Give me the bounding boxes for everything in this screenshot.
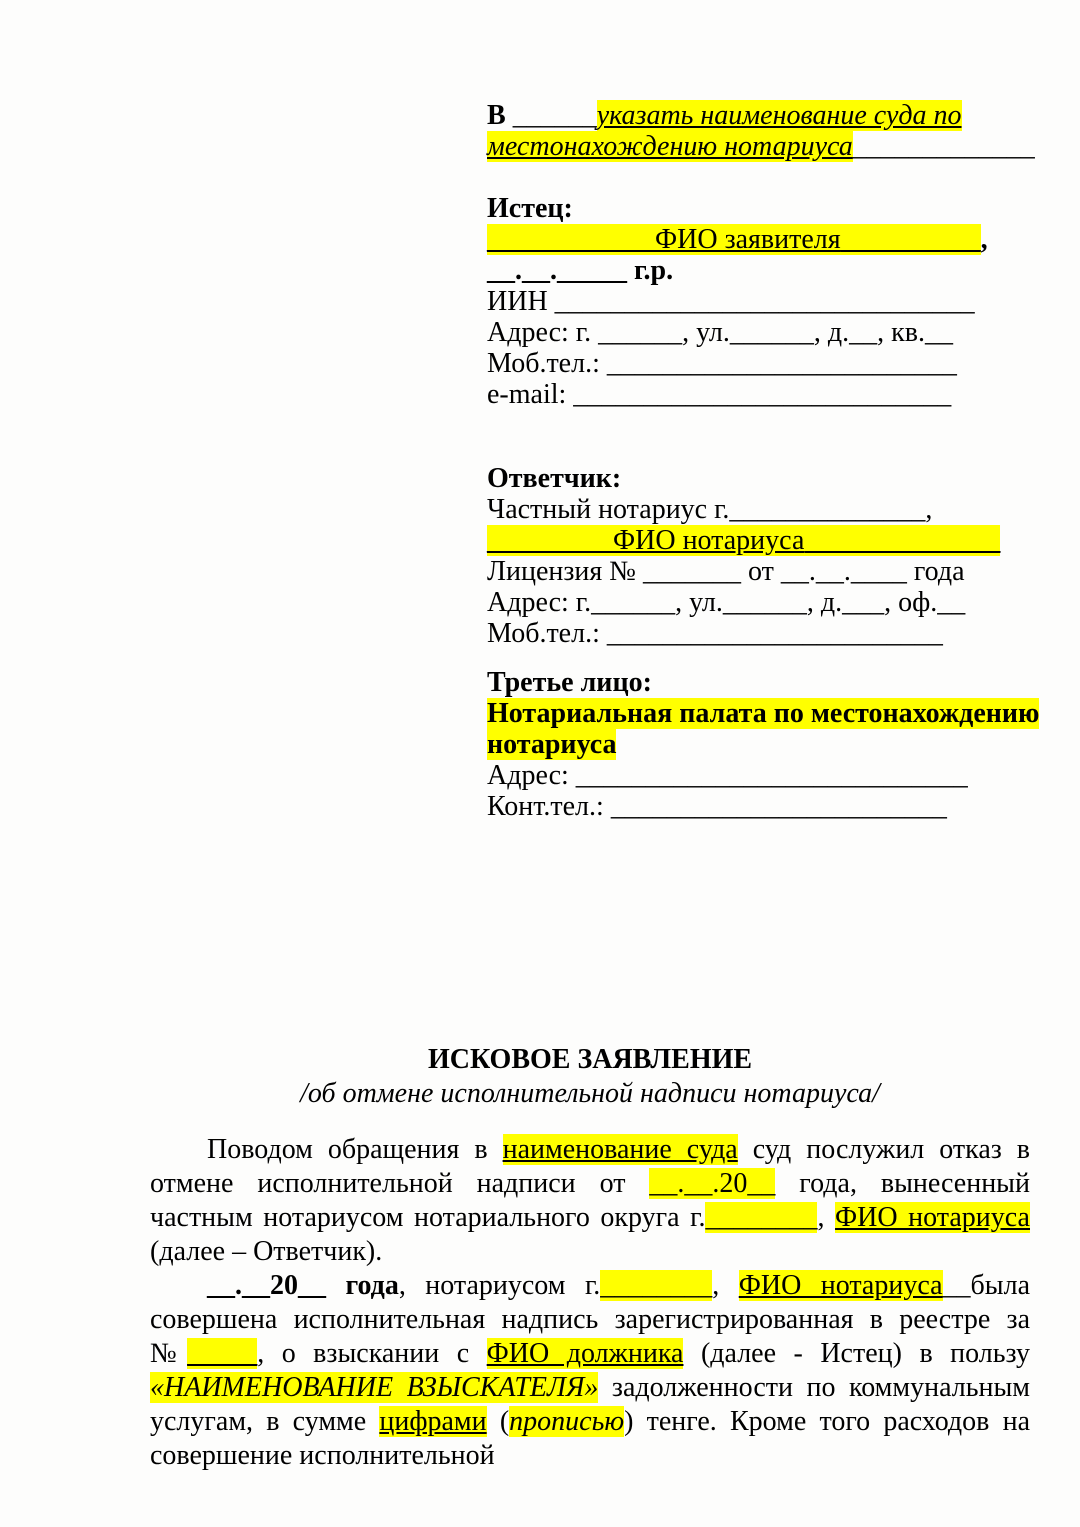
plaintiff-phone-line: Моб.тел.: _________________________ <box>487 348 992 379</box>
plaintiff-label: Истец: <box>487 193 992 224</box>
defendant-name-line: _________ФИО нотариуса______________ <box>487 525 992 556</box>
party-block: В ______указать наименование суда по мес… <box>487 100 992 822</box>
defendant-city-line: Частный нотариус г.______________, <box>487 494 992 525</box>
paragraph-1: Поводом обращения в наименование суда су… <box>150 1133 1030 1269</box>
third-party-label: Третье лицо: <box>487 667 992 698</box>
document-page: В ______указать наименование суда по мес… <box>0 0 1080 1527</box>
court-line-2: местонахождению нотариуса_____________ <box>487 131 992 162</box>
defendant-phone-line: Моб.тел.: ________________________ <box>487 618 992 649</box>
defendant-label: Ответчик: <box>487 463 992 494</box>
plaintiff-name-line: ____________ФИО заявителя__________, <box>487 224 992 255</box>
paragraph-2: __.__20__ года, нотариусом г.________, Ф… <box>150 1269 1030 1473</box>
document-subtitle: /об отмене исполнительной надписи нотари… <box>150 1077 1030 1111</box>
title-block: ИСКОВОЕ ЗАЯВЛЕНИЕ /об отмене исполнитель… <box>150 1043 1030 1111</box>
third-party-name-line-2: нотариуса <box>487 729 992 760</box>
defendant-license-line: Лицензия № _______ от __.__.____ года <box>487 556 992 587</box>
plaintiff-email-line: e-mail: ___________________________ <box>487 379 992 410</box>
body-text: Поводом обращения в наименование суда су… <box>150 1133 1030 1473</box>
court-line-1: В ______указать наименование суда по <box>487 100 992 131</box>
third-party-address-line: Адрес: ____________________________ <box>487 760 992 791</box>
document-title: ИСКОВОЕ ЗАЯВЛЕНИЕ <box>150 1043 1030 1077</box>
plaintiff-iin-line: ИИН ______________________________ <box>487 286 992 317</box>
defendant-address-line: Адрес: г.______, ул.______, д.___, оф.__ <box>487 587 992 618</box>
plaintiff-address-line: Адрес: г. ______, ул.______, д.__, кв.__ <box>487 317 992 348</box>
third-party-phone-line: Конт.тел.: ________________________ <box>487 791 992 822</box>
plaintiff-birthdate-line: __.__._____ г.р. <box>487 255 992 286</box>
third-party-name-line-1: Нотариальная палата по местонахождению <box>487 698 992 729</box>
